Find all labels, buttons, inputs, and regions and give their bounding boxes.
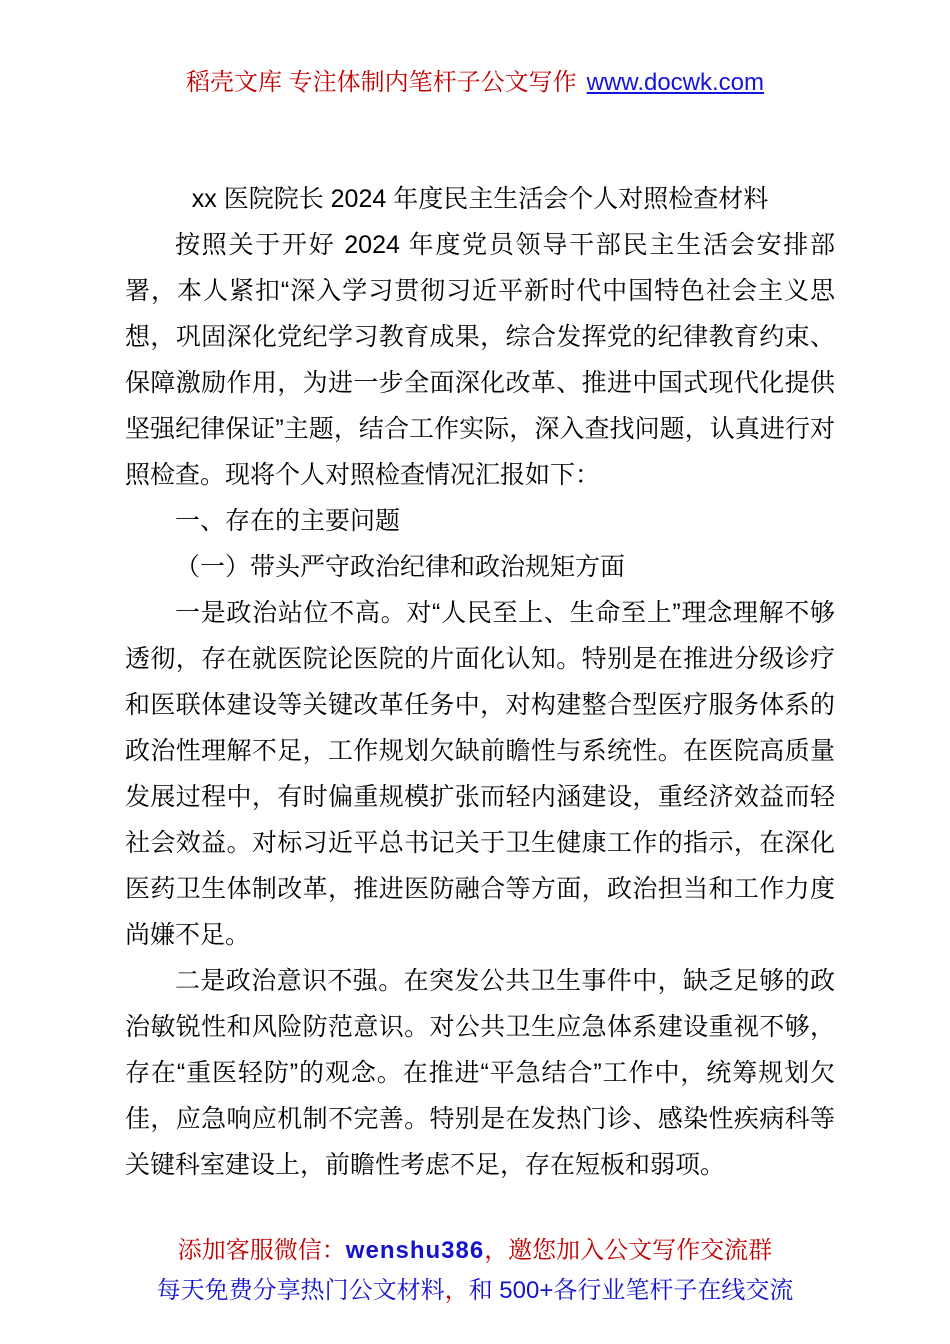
subsection-heading-political-discipline: （一）带头严守政治纪律和政治规矩方面 xyxy=(125,544,835,590)
footer-line1-prefix: 添加客服微信： xyxy=(178,1237,346,1264)
website-link[interactable]: www.docwk.com xyxy=(587,69,764,96)
wechat-id: wenshu386 xyxy=(346,1237,484,1264)
paragraph-intro: 按照关于开好 2024 年度党员领导干部民主生活会安排部署，本人紧扣“深入学习贯… xyxy=(125,222,835,498)
footer-line2-part2: 和 500+各行业笔杆子在线交流 xyxy=(469,1277,794,1304)
footer-line2-comma: ， xyxy=(445,1277,469,1304)
footer-line1-suffix: ，邀您加入公文写作交流群 xyxy=(484,1237,772,1264)
brand-text: 稻壳文库 专注体制内笔杆子公文写作 xyxy=(186,69,577,96)
section-heading-main-problems: 一、存在的主要问题 xyxy=(125,498,835,544)
footer-line2: 每天免费分享热门公文材料，和 500+各行业笔杆子在线交流 xyxy=(0,1271,950,1311)
document-body: xx 医院院长 2024 年度民主生活会个人对照检查材料 按照关于开好 2024… xyxy=(125,176,835,1188)
footer-line2-part1: 每天免费分享热门公文材料 xyxy=(157,1277,445,1304)
document-page: 稻壳文库 专注体制内笔杆子公文写作www.docwk.com xx 医院院长 2… xyxy=(0,0,950,1344)
footer-line1: 添加客服微信：wenshu386，邀您加入公文写作交流群 xyxy=(0,1231,950,1271)
document-title: xx 医院院长 2024 年度民主生活会个人对照检查材料 xyxy=(125,176,835,222)
promo-footer: 添加客服微信：wenshu386，邀您加入公文写作交流群 每天免费分享热门公文材… xyxy=(0,1231,950,1311)
promo-header: 稻壳文库 专注体制内笔杆子公文写作www.docwk.com xyxy=(0,66,950,100)
paragraph-issue-one: 一是政治站位不高。对“人民至上、生命至上”理念理解不够透彻，存在就医院论医院的片… xyxy=(125,590,835,958)
paragraph-issue-two: 二是政治意识不强。在突发公共卫生事件中，缺乏足够的政治敏锐性和风险防范意识。对公… xyxy=(125,958,835,1188)
